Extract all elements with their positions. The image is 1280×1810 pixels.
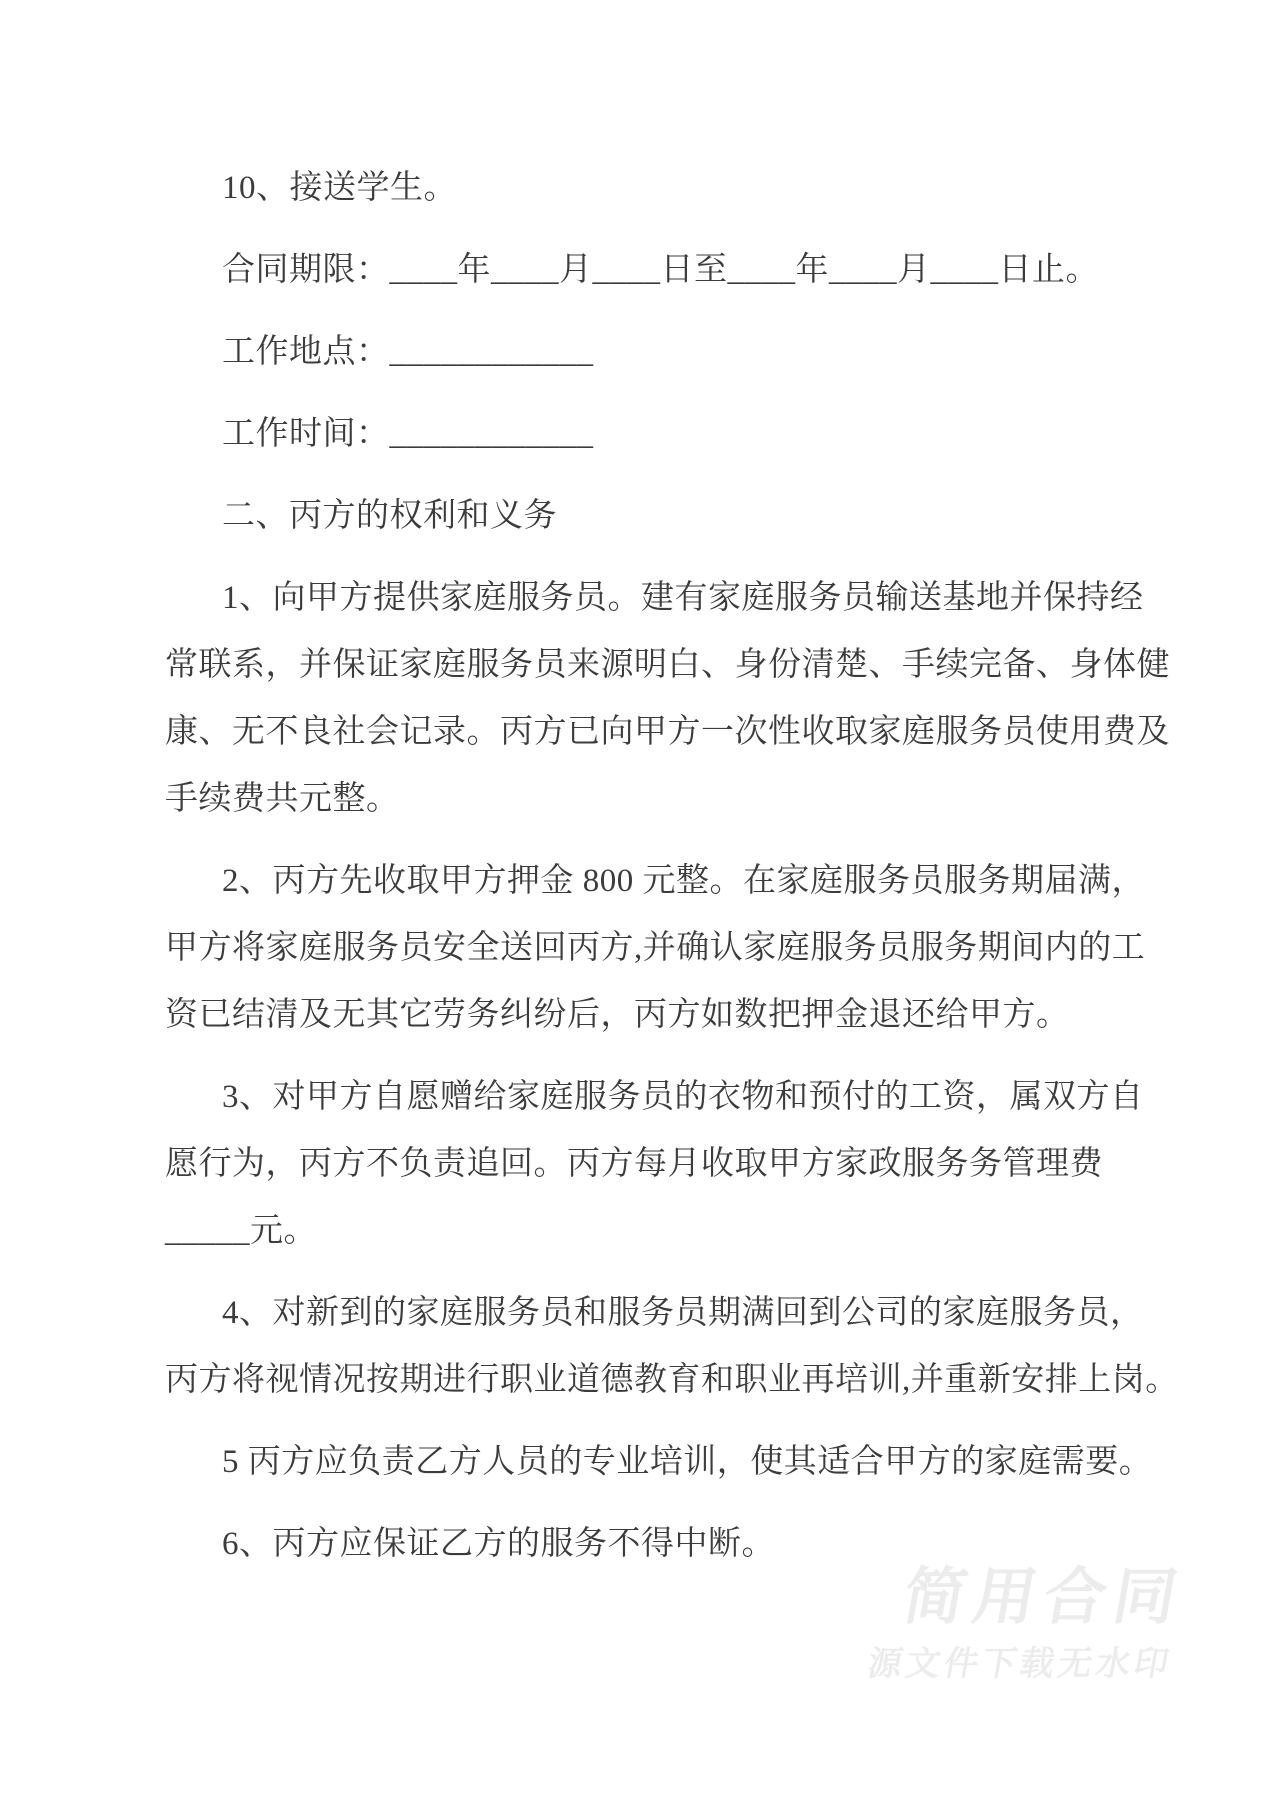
contract-line: 手续费共元整。 [165, 766, 1125, 833]
watermark-tagline-text: 源文件下载无水印 [864, 1640, 1176, 1688]
contract-line: 1、向甲方提供家庭服务员。建有家庭服务员输送基地并保持经 [165, 565, 1125, 632]
contract-line: 10、接送学生。 [165, 155, 1125, 222]
contract-line: _____元。 [165, 1198, 1125, 1265]
contract-line: 资已结清及无其它劳务纠纷后，丙方如数把押金退还给甲方。 [165, 982, 1125, 1049]
watermark: 简用合同 源文件下载无水印 [864, 1556, 1191, 1688]
contract-section-heading: 二、丙方的权利和义务 [165, 483, 1125, 550]
contract-line: 工作地点：____________ [165, 319, 1125, 386]
contract-line: 工作时间：____________ [165, 401, 1125, 468]
contract-body: 10、接送学生。 合同期限：____年____月____日至____年____月… [165, 140, 1125, 1578]
watermark-brand-text: 简用合同 [872, 1556, 1191, 1640]
contract-line: 甲方将家庭服务员安全送回丙方,并确认家庭服务员服务期间内的工 [165, 915, 1125, 982]
contract-line: 常联系，并保证家庭服务员来源明白、身份清楚、手续完备、身体健 [165, 632, 1125, 699]
contract-line: 丙方将视情况按期进行职业道德教育和职业再培训,并重新安排上岗。 [165, 1347, 1125, 1414]
document-page: 10、接送学生。 合同期限：____年____月____日至____年____月… [0, 0, 1280, 1810]
contract-line: 4、对新到的家庭服务员和服务员期满回到公司的家庭服务员， [165, 1280, 1125, 1347]
contract-line: 5 丙方应负责乙方人员的专业培训，使其适合甲方的家庭需要。 [165, 1429, 1125, 1496]
contract-line: 愿行为，丙方不负责追回。丙方每月收取甲方家政服务务管理费 [165, 1131, 1125, 1198]
contract-line: 2、丙方先收取甲方押金 800 元整。在家庭服务员服务期届满， [165, 848, 1125, 915]
contract-line: 康、无不良社会记录。丙方已向甲方一次性收取家庭服务员使用费及 [165, 699, 1125, 766]
contract-line: 3、对甲方自愿赠给家庭服务员的衣物和预付的工资，属双方自 [165, 1064, 1125, 1131]
contract-line: 合同期限：____年____月____日至____年____月____日止。 [165, 237, 1125, 304]
